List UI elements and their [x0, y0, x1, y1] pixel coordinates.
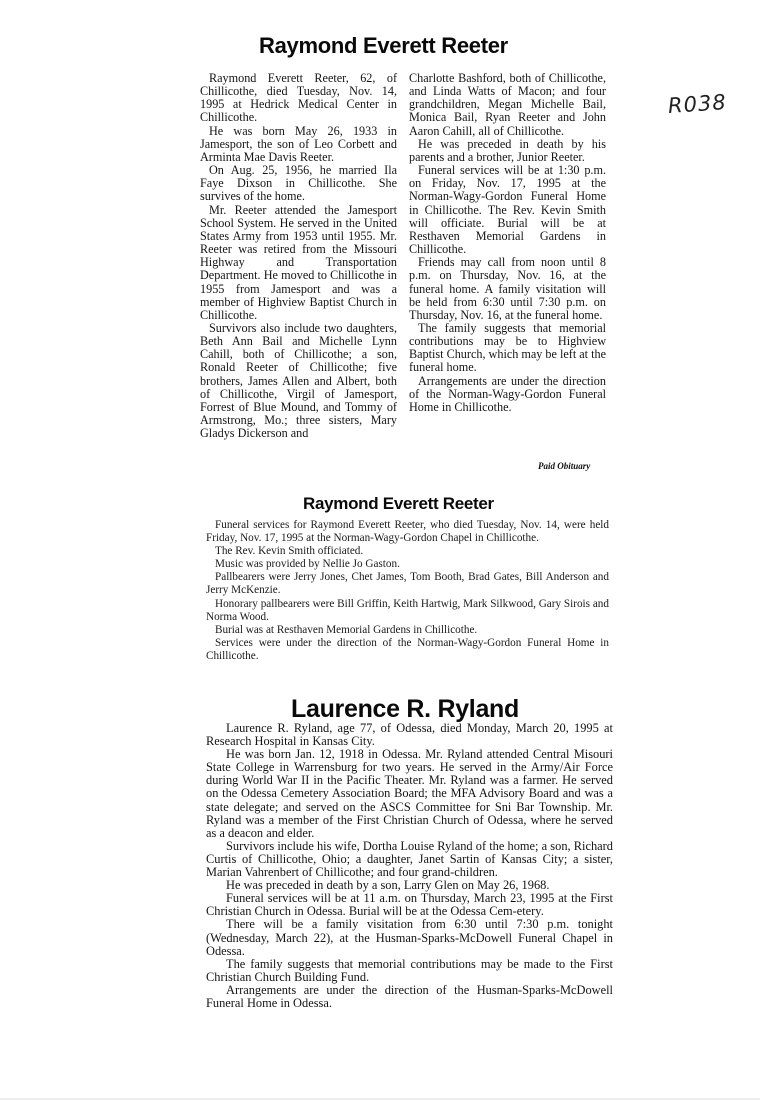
obituary-3-headline: Laurence R. Ryland — [291, 695, 519, 724]
obituary-1-headline: Raymond Everett Reeter — [259, 33, 508, 59]
paragraph: Funeral services for Raymond Everett Ree… — [206, 519, 609, 545]
paragraph: Arrangements are under the direction of … — [206, 984, 613, 1010]
obituary-1-column-1: Raymond Everett Reeter, 62, of Chillicot… — [200, 72, 397, 440]
paragraph: Laurence R. Ryland, age 77, of Odessa, d… — [206, 722, 613, 748]
paragraph: Burial was at Resthaven Memorial Gardens… — [206, 624, 609, 637]
paragraph: Music was provided by Nellie Jo Gaston. — [206, 558, 609, 571]
obituary-2-headline: Raymond Everett Reeter — [303, 494, 494, 514]
paragraph: Raymond Everett Reeter, 62, of Chillicot… — [200, 72, 397, 125]
paragraph: Funeral services will be at 11 a.m. on T… — [206, 892, 613, 918]
paragraph: The family suggests that memorial contri… — [409, 322, 606, 375]
paragraph: Pallbearers were Jerry Jones, Chet James… — [206, 571, 609, 597]
paragraph: He was born May 26, 1933 in Jamesport, t… — [200, 125, 397, 164]
obituary-3-body: Laurence R. Ryland, age 77, of Odessa, d… — [206, 722, 613, 1010]
paid-obituary-label: Paid Obituary — [538, 461, 590, 471]
paragraph: Services were under the direction of the… — [206, 637, 609, 663]
paragraph: The family suggests that memorial contri… — [206, 958, 613, 984]
paragraph: Funeral services will be at 1:30 p.m. on… — [409, 164, 606, 256]
obituary-1-column-2: Charlotte Bashford, both of Chillicothe,… — [409, 72, 606, 414]
paragraph: Charlotte Bashford, both of Chillicothe,… — [409, 72, 606, 138]
paragraph: The Rev. Kevin Smith officiated. — [206, 545, 609, 558]
paragraph: He was preceded in death by his parents … — [409, 138, 606, 164]
obituary-2-body: Funeral services for Raymond Everett Ree… — [206, 519, 609, 663]
paragraph: Mr. Reeter attended the Jamesport School… — [200, 204, 397, 322]
paragraph: On Aug. 25, 1956, he married Ila Faye Di… — [200, 164, 397, 203]
paragraph: There will be a family visitation from 6… — [206, 918, 613, 957]
paragraph: Survivors include his wife, Dortha Louis… — [206, 840, 613, 879]
paragraph: Survivors also include two daughters, Be… — [200, 322, 397, 440]
paragraph: Arrangements are under the direction of … — [409, 375, 606, 414]
handwritten-reference-note: R038 — [667, 90, 727, 118]
paragraph: He was born Jan. 12, 1918 in Odessa. Mr.… — [206, 748, 613, 840]
paragraph: Friends may call from noon until 8 p.m. … — [409, 256, 606, 322]
paragraph: Honorary pallbearers were Bill Griffin, … — [206, 598, 609, 624]
